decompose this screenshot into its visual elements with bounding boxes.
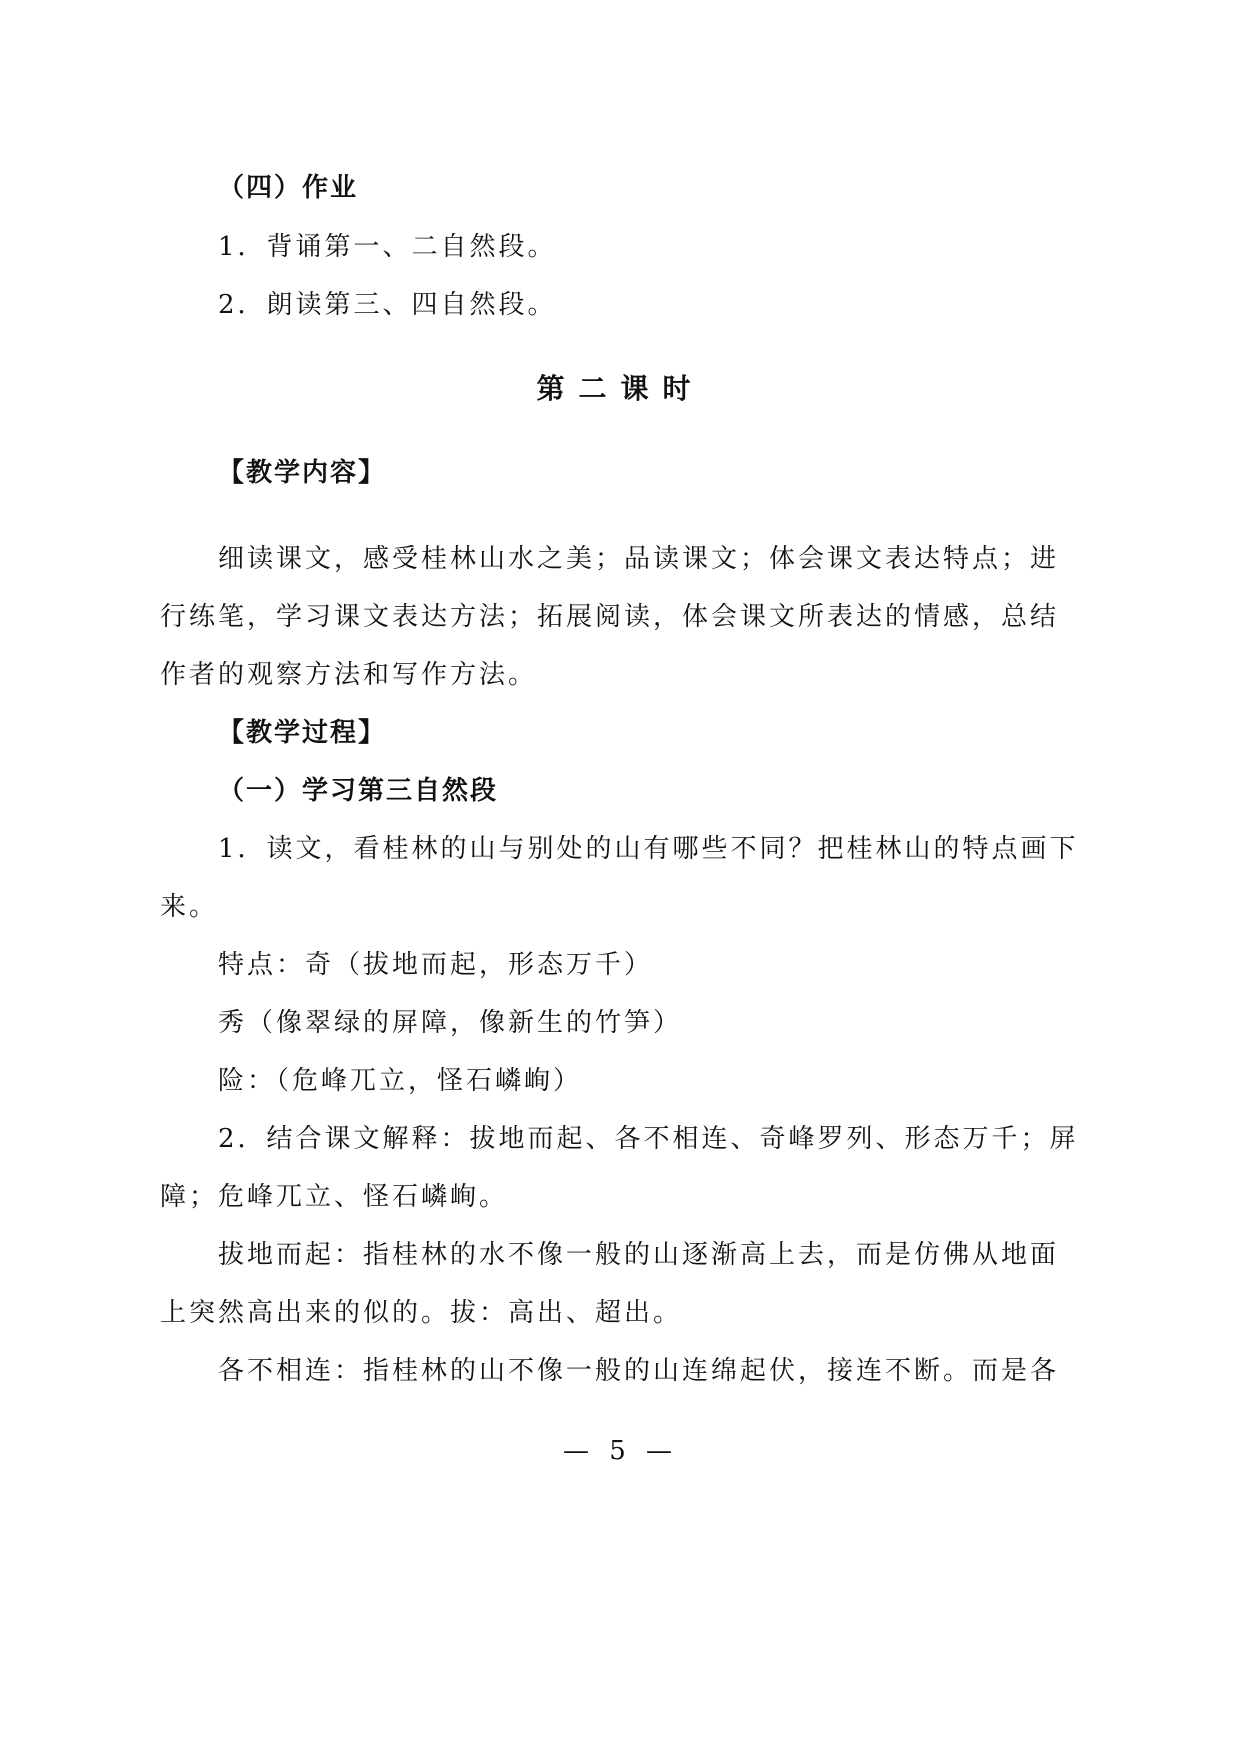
question-2-line: 障；危峰兀立、怪石嶙峋。	[160, 1181, 508, 1213]
page-number: — 5 —	[0, 1435, 1241, 1467]
question-2-line: 2．结合课文解释：拔地而起、各不相连、奇峰罗列、形态万千；屏	[218, 1123, 1079, 1155]
step1-heading: （一）学习第三自然段	[218, 775, 498, 807]
question-1-line: 来。	[160, 891, 218, 923]
definition-badierqi: 上突然高出来的似的。拔：高出、超出。	[160, 1297, 682, 1329]
feature-xiu: 秀（像翠绿的屏障，像新生的竹笋）	[218, 1007, 682, 1039]
homework-item-1: 1．背诵第一、二自然段。	[218, 231, 557, 263]
teaching-content-line: 细读课文，感受桂林山水之美；品读课文；体会课文表达特点；进	[218, 543, 1059, 575]
teaching-content-line: 作者的观察方法和写作方法。	[160, 659, 537, 691]
teaching-process-heading: 【教学过程】	[218, 717, 386, 749]
feature-xian: 险：（危峰兀立，怪石嶙峋）	[218, 1065, 582, 1097]
feature-qi: 特点：奇（拔地而起，形态万千）	[218, 949, 653, 981]
lesson-title: 第二课时	[0, 373, 1241, 405]
teaching-content-line: 行练笔，学习课文表达方法；拓展阅读，体会课文所表达的情感，总结	[160, 601, 1059, 633]
definition-badierqi: 拔地而起：指桂林的水不像一般的山逐渐高上去，而是仿佛从地面	[218, 1239, 1059, 1271]
section-heading-homework: （四）作业	[218, 172, 358, 204]
question-1-line: 1．读文，看桂林的山与别处的山有哪些不同？把桂林山的特点画下	[218, 833, 1079, 865]
definition-gebuxianglian: 各不相连：指桂林的山不像一般的山连绵起伏，接连不断。而是各	[218, 1355, 1059, 1387]
homework-item-2: 2．朗读第三、四自然段。	[218, 289, 557, 321]
teaching-content-heading: 【教学内容】	[218, 457, 386, 489]
